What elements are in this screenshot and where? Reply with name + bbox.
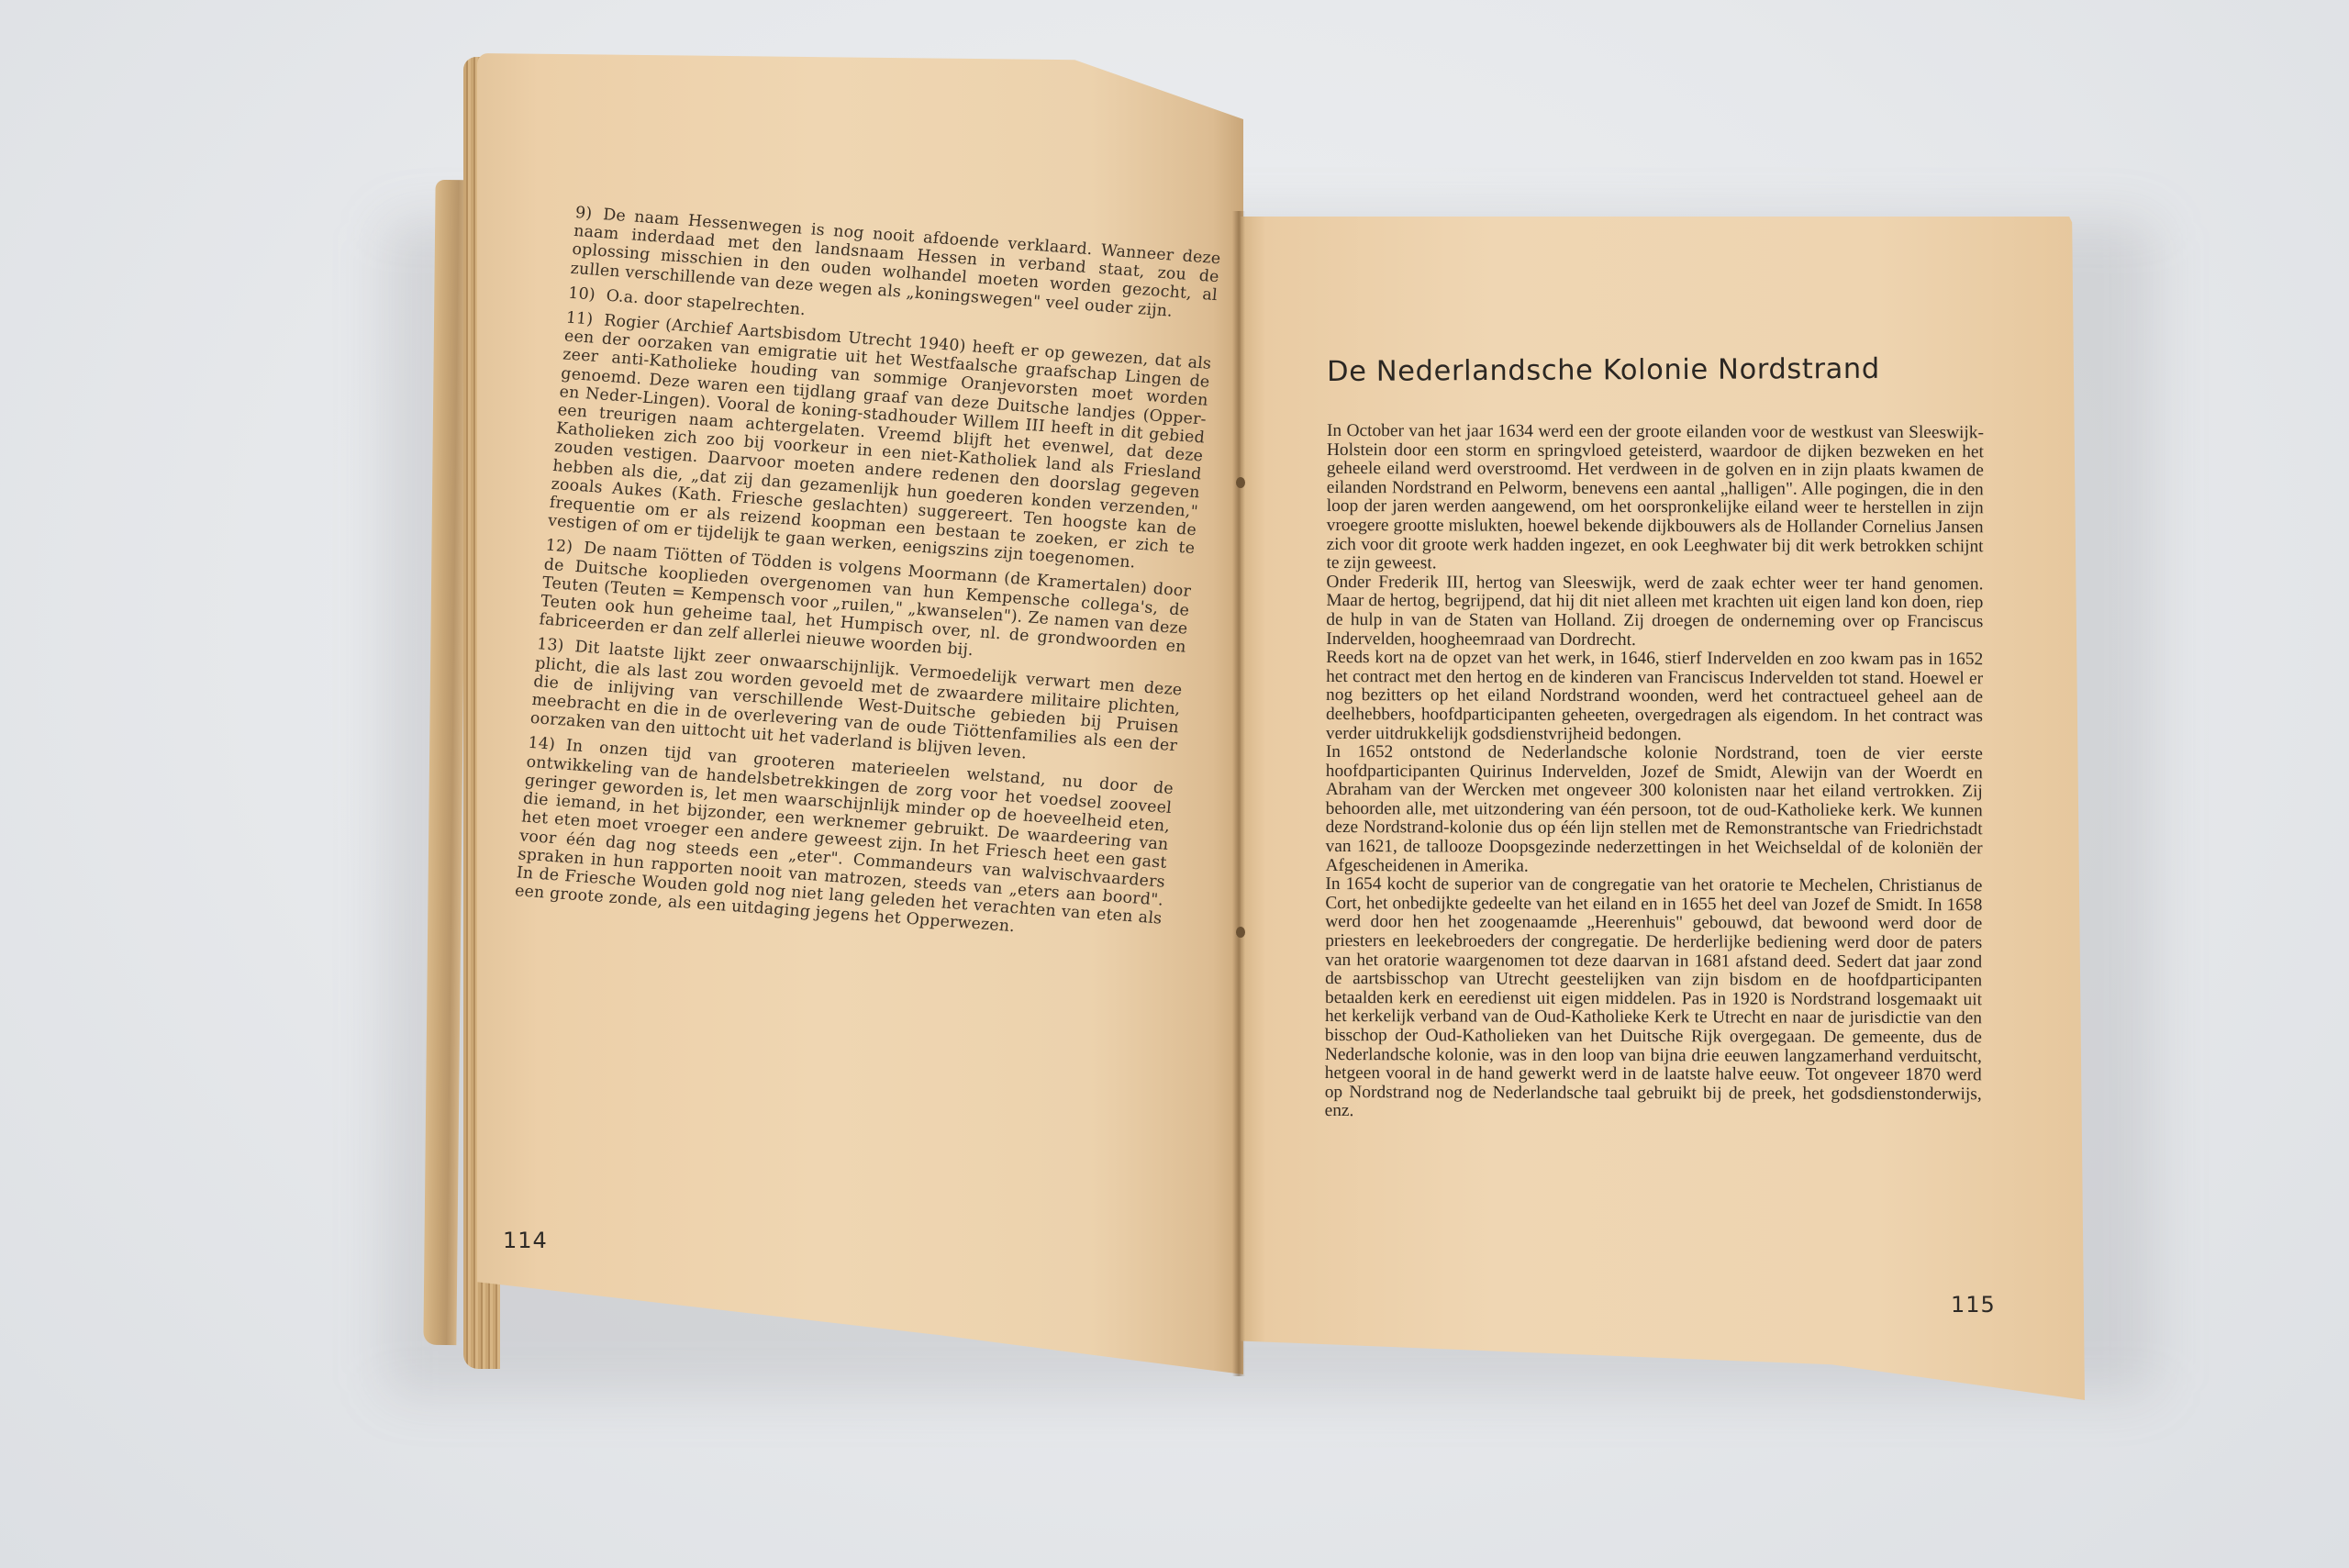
footnote-number: 11) (565, 309, 594, 329)
chapter-body: In October van het jaar 1634 werd een de… (1325, 422, 1984, 1123)
footnote-number: 13) (536, 636, 564, 656)
chapter-title: De Nederlandsche Kolonie Nordstrand (1327, 353, 1880, 388)
page-number-left: 114 (503, 1228, 548, 1253)
staple-top (1236, 477, 1245, 488)
page-number-right: 115 (1951, 1292, 1996, 1318)
footnote-number: 12) (545, 537, 573, 557)
footnote-number: 10) (567, 284, 596, 304)
footnote-number: 9) (574, 204, 593, 223)
footnote-11: 11)Rogier (Archief Aartsbisdom Utrecht 1… (547, 309, 1212, 577)
open-book: 9)De naam Hessenwegen is nog nooit afdoe… (0, 0, 2349, 1568)
footnote-number: 14) (528, 734, 556, 754)
paragraph: In 1654 kocht de superior van de congreg… (1325, 875, 1983, 1123)
staple-bottom (1236, 927, 1245, 938)
footnote-text: Rogier (Archief Aartsbisdom Utrecht 1940… (547, 312, 1212, 573)
paragraph: In 1652 ontstond de Nederlandsche koloni… (1325, 743, 1982, 877)
left-page-footnotes: 9)De naam Hessenwegen is nog nooit afdoe… (514, 204, 1222, 953)
book-gutter (1232, 211, 1245, 1376)
paragraph: Onder Frederik III, hertog van Sleeswijk… (1326, 573, 1983, 651)
paragraph: In October van het jaar 1634 werd een de… (1326, 422, 1984, 575)
paragraph: Reeds kort na de opzet van het werk, in … (1326, 649, 1983, 745)
